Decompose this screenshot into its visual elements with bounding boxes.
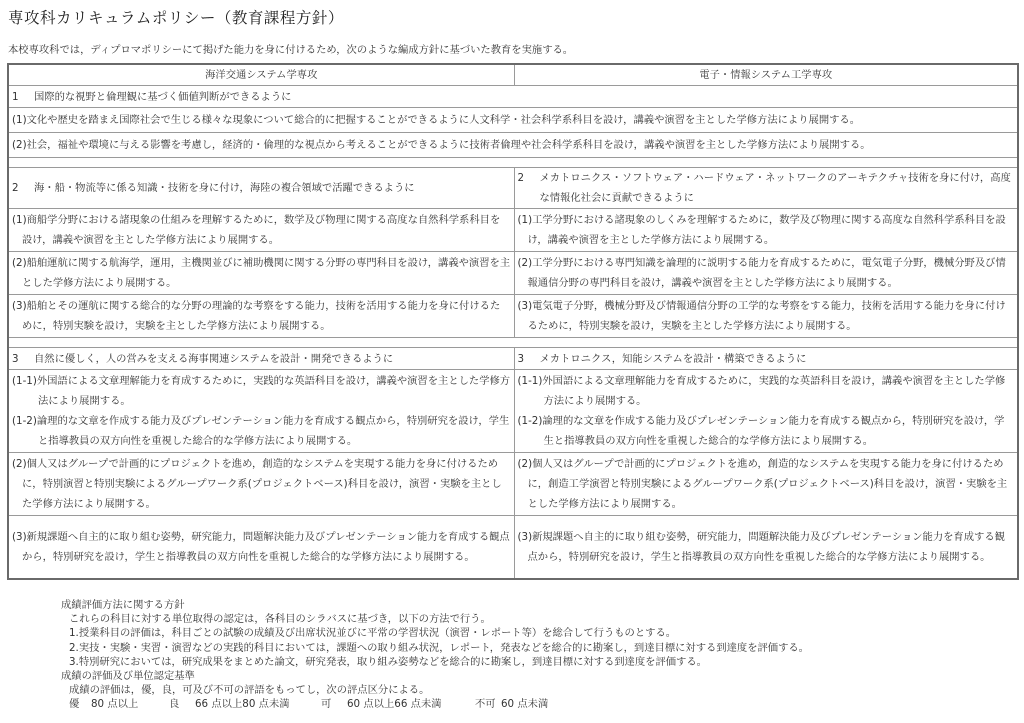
page-title: 専攻科カリキュラムポリシー（教育課程方針） <box>8 6 344 28</box>
evaluation-line: これらの科目に対する単位取得の認定は，各科目のシラバスに基づき，以下の方法で行う… <box>61 612 809 626</box>
goal-2-left-item-3: (3)船舶とその運航に関する総合的な分野の理論的な考察をする能力，技術を活用する… <box>8 295 514 338</box>
goal-2-right: 2メカトロニクス・ソフトウェア・ハードウェア・ネットワークのアーキテクチャ技術を… <box>514 168 1018 209</box>
goal-3-right-item-1: (1-1)外国語による文章理解能力を育成するために，実践的な英語科目を設け，講義… <box>514 370 1018 453</box>
spacer-row <box>8 338 1018 348</box>
grading-line: 成績の評価は，優，良，可及び不可の評語をもってし，次の評点区分による。 <box>61 683 809 697</box>
spacer-row <box>8 158 1018 168</box>
goal-row: 3自然に優しく，人の営みを支える海事関連システムを設計・開発できるように 3メカ… <box>8 348 1018 370</box>
header-maritime: 海洋交通システム学専攻 <box>8 64 514 86</box>
grade-range: 60 点未満 <box>501 697 548 711</box>
table-row: (2)船舶運航に関する航海学，運用，主機関並びに補助機関に関する分野の専門科目を… <box>8 252 1018 295</box>
goal-1-item-2: (2)社会，福祉や環境に与える影響を考慮し，経済的・倫理的な視点から考えることが… <box>8 133 1018 158</box>
evaluation-policy: 成績評価方法に関する方針 これらの科目に対する単位取得の認定は，各科目のシラバス… <box>61 598 809 712</box>
intro-text: 本校専攻科では，ディプロマポリシーにて掲げた能力を身に付けるため，次のような編成… <box>8 41 573 56</box>
table-row: (3)船舶とその運航に関する総合的な分野の理論的な考察をする能力，技術を活用する… <box>8 295 1018 338</box>
evaluation-line: 1.授業科目の評価は，科目ごとの試験の成績及び出席状況並びに平常の学習状況（演習… <box>61 626 809 640</box>
goal-2-left-item-1: (1)商船学分野における諸現象の仕組みを理解するために，数学及び物理に関する高度… <box>8 209 514 252</box>
grade-label: 不可 <box>475 697 501 711</box>
goal-row: 1国際的な視野と倫理観に基づく価値判断ができるように <box>8 86 1018 108</box>
evaluation-line: 2.実技・実験・実習・演習などの実践的科目においては，課題への取り組み状況，レポ… <box>61 641 809 655</box>
grade-range: 80 点以上 <box>91 697 169 711</box>
goal-row: 2海・船・物流等に係る知識・技術を身に付け，海陸の複合領域で活躍できるように 2… <box>8 168 1018 209</box>
grade-label: 優 <box>69 697 91 711</box>
goal-3-right-item-3: (3)新規課題へ自主的に取り組む姿勢，研究能力，問題解決能力及びプレゼンテーショ… <box>514 516 1018 580</box>
table-row: (1)文化や歴史を踏まえ国際社会で生じる様々な現象について総合的に把握することが… <box>8 108 1018 133</box>
grade-label: 良 <box>169 697 195 711</box>
goal-2-left-item-2: (2)船舶運航に関する航海学，運用，主機関並びに補助機関に関する分野の専門科目を… <box>8 252 514 295</box>
goal-3-left-item-3: (3)新規課題へ自主的に取り組む姿勢，研究能力，問題解決能力及びプレゼンテーショ… <box>8 516 514 580</box>
evaluation-heading: 成績評価方法に関する方針 <box>61 598 809 612</box>
table-row: (2)個人又はグループで計画的にプロジェクトを進め，創造的なシステムを実現する能… <box>8 453 1018 516</box>
grade-label: 可 <box>321 697 347 711</box>
goal-1: 1国際的な視野と倫理観に基づく価値判断ができるように <box>8 86 1018 108</box>
spacer <box>8 158 1018 168</box>
header-electronics: 電子・情報システム工学専攻 <box>514 64 1018 86</box>
goal-3-left-item-1: (1-1)外国語による文章理解能力を育成するために，実践的な英語科目を設け，講義… <box>8 370 514 453</box>
table-header-row: 海洋交通システム学専攻 電子・情報システム工学専攻 <box>8 64 1018 86</box>
grade-scale: 優80 点以上良66 点以上80 点未満可60 点以上66 点未満不可60 点未… <box>61 697 809 711</box>
curriculum-policy-table: 海洋交通システム学専攻 電子・情報システム工学専攻 1国際的な視野と倫理観に基づ… <box>7 63 1019 580</box>
goal-2-left: 2海・船・物流等に係る知識・技術を身に付け，海陸の複合領域で活躍できるように <box>8 168 514 209</box>
goal-2-right-item-1: (1)工学分野における諸現象のしくみを理解するために，数学及び物理に関する高度な… <box>514 209 1018 252</box>
goal-3-left-item-2: (2)個人又はグループで計画的にプロジェクトを進め，創造的なシステムを実現する能… <box>8 453 514 516</box>
goal-3-right: 3メカトロニクス，知能システムを設計・構築できるように <box>514 348 1018 370</box>
goal-3-left: 3自然に優しく，人の営みを支える海事関連システムを設計・開発できるように <box>8 348 514 370</box>
goal-3-right-item-2: (2)個人又はグループで計画的にプロジェクトを進め，創造的なシステムを実現する能… <box>514 453 1018 516</box>
evaluation-line: 3.特別研究においては，研究成果をまとめた論文，研究発表，取り組み姿勢などを総合… <box>61 655 809 669</box>
goal-2-right-item-2: (2)工学分野における専門知識を論理的に説明する能力を育成するために，電気電子分… <box>514 252 1018 295</box>
spacer <box>8 338 1018 348</box>
grading-heading: 成績の評価及び単位認定基準 <box>61 669 809 683</box>
table-row: (3)新規課題へ自主的に取り組む姿勢，研究能力，問題解決能力及びプレゼンテーショ… <box>8 516 1018 580</box>
table-row: (1-1)外国語による文章理解能力を育成するために，実践的な英語科目を設け，講義… <box>8 370 1018 453</box>
goal-2-right-item-3: (3)電気電子分野，機械分野及び情報通信分野の工学的な考察をする能力，技術を活用… <box>514 295 1018 338</box>
table-row: (1)商船学分野における諸現象の仕組みを理解するために，数学及び物理に関する高度… <box>8 209 1018 252</box>
grade-range: 60 点以上66 点未満 <box>347 697 475 711</box>
grade-range: 66 点以上80 点未満 <box>195 697 321 711</box>
goal-1-item-1: (1)文化や歴史を踏まえ国際社会で生じる様々な現象について総合的に把握することが… <box>8 108 1018 133</box>
table-row: (2)社会，福祉や環境に与える影響を考慮し，経済的・倫理的な視点から考えることが… <box>8 133 1018 158</box>
